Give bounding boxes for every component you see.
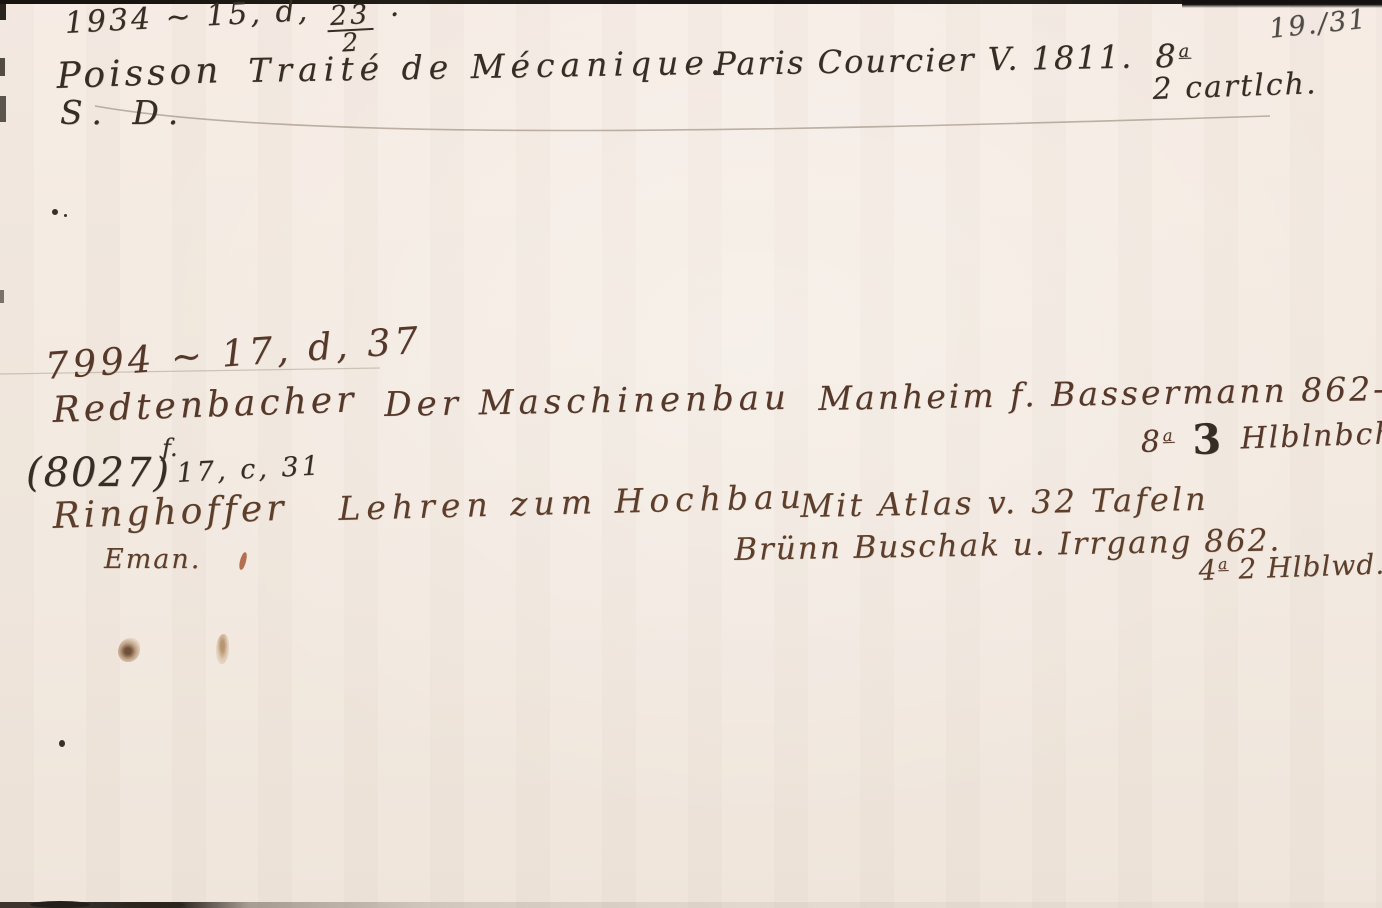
ink-speck <box>64 214 67 217</box>
ink-speck <box>52 209 58 215</box>
entry-ringhoffer-author-firstname: Eman. <box>104 546 201 574</box>
format-number: 4 <box>1198 553 1218 587</box>
entry-poisson-collation: 2 cartlch. <box>1152 68 1318 105</box>
format-number: 8 <box>1140 424 1162 460</box>
volume-count: 3 <box>1191 414 1224 464</box>
entry-ringhoffer-title-note: Mit Atlas v. 32 Tafeln <box>800 483 1209 524</box>
crease-line <box>95 106 1270 131</box>
shelfmark-prefix: 1934 ~ 15, d, <box>64 0 311 41</box>
entry-poisson-note: S. D. <box>60 96 188 131</box>
entry-poisson-imprint: Paris Courcier V. 1811. 8a <box>714 40 1192 82</box>
ink-speck <box>59 740 65 747</box>
imprint-text: Paris Courcier V. 1811. <box>714 38 1134 83</box>
format-statement: 8a <box>1155 37 1192 76</box>
format-statement: 8a <box>1140 423 1187 460</box>
entry-poisson-title: Traité de Mécanique. <box>248 46 727 89</box>
catalog-card-page: 19./31 1934 ~ 15, d, 23 2 . Poisson Trai… <box>0 0 1382 908</box>
entry-ringhoffer-collation-statement: 4a 2 Hlblwd. <box>1198 549 1382 585</box>
entry-redtenbacher-title: Der Maschinenbau <box>384 381 791 424</box>
binding-abbreviation: Hlblnbch. <box>1240 416 1382 457</box>
entry-ringhoffer-shelfmark-number: (8027) <box>26 452 171 494</box>
entry-redtenbacher-binding-statement: 8a 3 Hlblnbch. <box>1140 411 1382 464</box>
entry-ringhoffer-author: Ringhoffer <box>52 490 288 536</box>
entry-poisson-author: Poisson <box>56 52 223 96</box>
format-superscript: a <box>1218 555 1229 573</box>
collation-text: 2 Hlblwd. <box>1238 547 1382 585</box>
format-number: 8 <box>1155 37 1178 75</box>
format-statement: 4a <box>1198 553 1239 587</box>
shelfmark-suffix: . <box>388 0 402 24</box>
format-superscript: a <box>1162 426 1174 445</box>
format-superscript: a <box>1178 42 1191 62</box>
